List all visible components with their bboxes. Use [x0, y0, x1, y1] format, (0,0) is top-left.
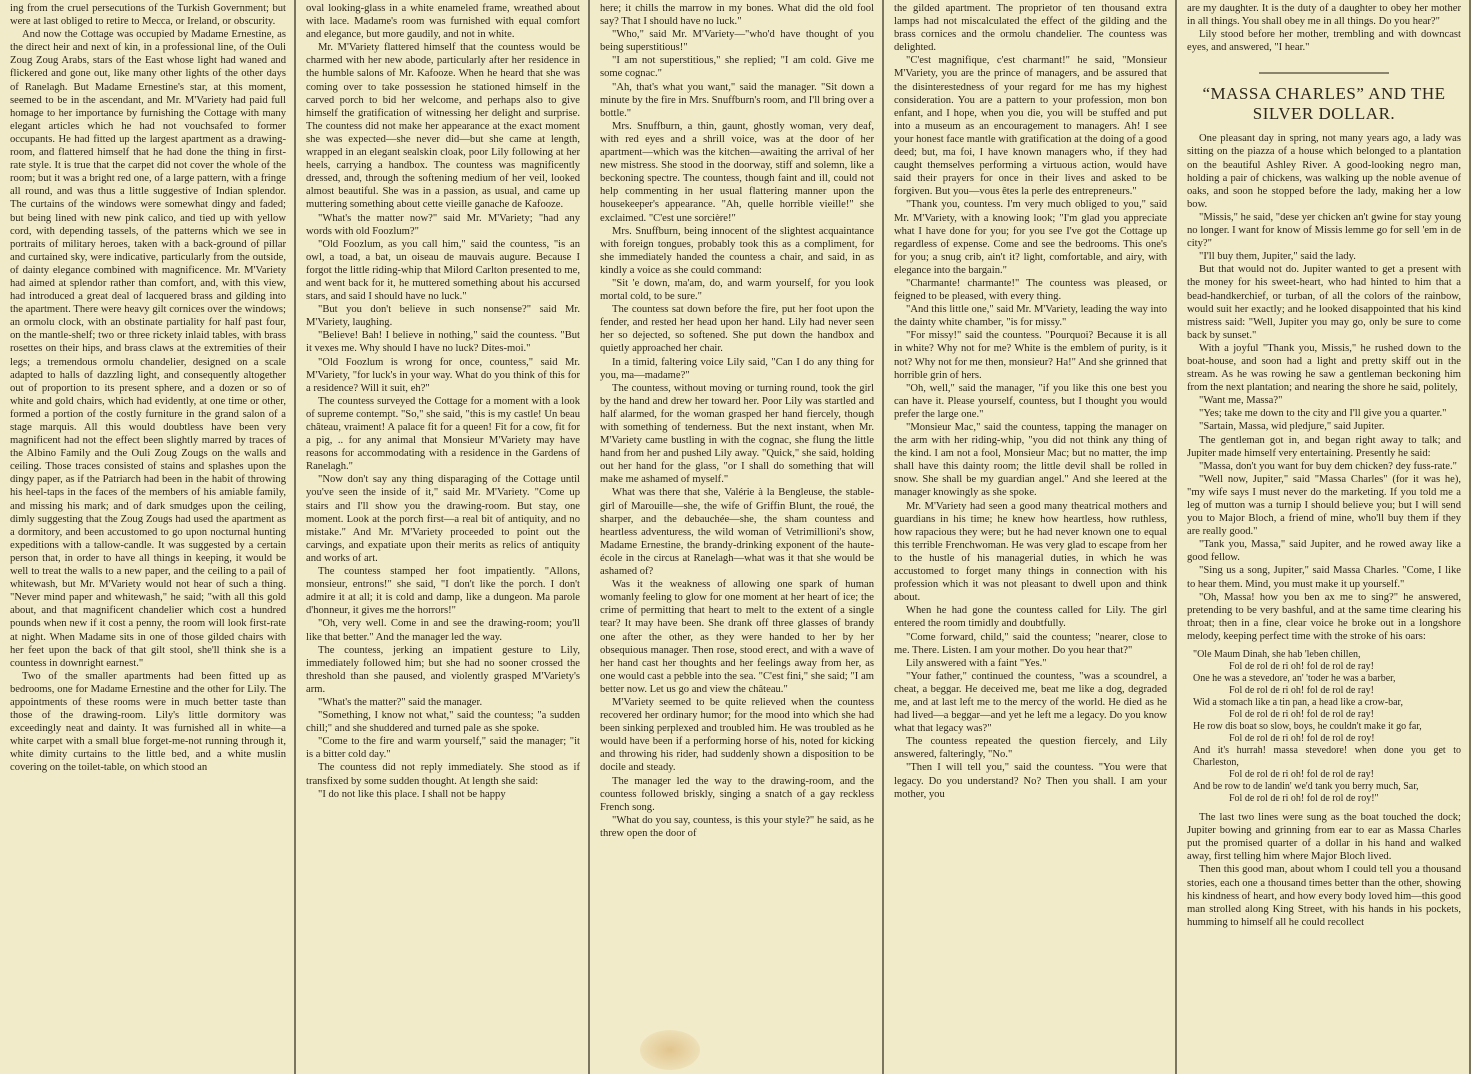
paragraph: "Missis," he said, "dese yer chicken an'…	[1187, 211, 1461, 250]
paragraph: The countess, jerking an impatient gestu…	[306, 644, 580, 696]
paragraph: The manager led the way to the drawing-r…	[600, 775, 874, 814]
paragraph: The last two lines were sung as the boat…	[1187, 811, 1461, 863]
paragraph: "What do you say, countess, is this your…	[600, 814, 874, 840]
paragraph: "Now don't say any thing disparaging of …	[306, 473, 580, 565]
paragraph: "But you don't believe in such nonsense?…	[306, 303, 580, 329]
paragraph: "Well now, Jupiter," said "Massa Charles…	[1187, 473, 1461, 538]
paragraph: "Your father," continued the countess, "…	[894, 670, 1167, 735]
story-headline: “MASSA CHARLES” AND THE SILVER DOLLAR.	[1187, 84, 1461, 124]
verse-line: Fol de rol de ri oh! fol de rol de ray!	[1193, 709, 1461, 721]
paragraph: In a timid, faltering voice Lily said, "…	[600, 356, 874, 382]
paragraph: "What's the matter?" said the manager.	[306, 696, 580, 709]
paragraph: The gentleman got in, and began right aw…	[1187, 434, 1461, 460]
paragraph: Mrs. Snuffburn, being innocent of the sl…	[600, 225, 874, 277]
column-3: here; it chills the marrow in my bones. …	[590, 0, 884, 1074]
paragraph: With a joyful "Thank you, Missis," he ru…	[1187, 342, 1461, 394]
paragraph: "For missy!" said the countess. "Pourquo…	[894, 329, 1167, 381]
paragraph: "I am not superstitious," she replied; "…	[600, 54, 874, 80]
verse-line: Fol de rol de ri oh! fol de rol de roy!"	[1193, 793, 1461, 805]
verse-line: "Ole Maum Dinah, she hab 'leben chillen,	[1193, 649, 1461, 661]
paragraph: "Thank you, countess. I'm very much obli…	[894, 198, 1167, 277]
paragraph: And now the Cottage was occupied by Mada…	[10, 28, 286, 670]
paragraph: "Charmante! charmante!" The countess was…	[894, 277, 1167, 303]
verse-line: Wid a stomach like a tin pan, a head lik…	[1193, 697, 1461, 709]
paragraph: One pleasant day in spring, not many yea…	[1187, 132, 1461, 211]
paragraph: "Sing us a song, Jupiter," said Massa Ch…	[1187, 564, 1461, 590]
paragraph: The countess, without moving or turning …	[600, 382, 874, 487]
verse-line: One he was a stevedore, an' 'toder he wa…	[1193, 673, 1461, 685]
paragraph: "I'll buy them, Jupiter," said the lady.	[1187, 250, 1461, 263]
paragraph: The countess stamped her foot impatientl…	[306, 565, 580, 617]
paragraph: "Ah, that's what you want," said the man…	[600, 81, 874, 120]
paragraph: the gilded apartment. The proprietor of …	[894, 2, 1167, 54]
verse-line: Fol de rol de ri oh! fol de rol de roy!	[1193, 733, 1461, 745]
newspaper-page: ing from the cruel persecutions of the T…	[0, 0, 1471, 1074]
paragraph: "I do not like this place. I shall not b…	[306, 788, 580, 801]
paragraph: M'Variety seemed to be quite relieved wh…	[600, 696, 874, 775]
paragraph: "Old Foozlum, as you call him," said the…	[306, 238, 580, 303]
paragraph: "Massa, don't you want for buy dem chick…	[1187, 460, 1461, 473]
paragraph: The countess sat down before the fire, p…	[600, 303, 874, 355]
paragraph: Was it the weakness of allowing one spar…	[600, 578, 874, 696]
paragraph: Lily stood before her mother, trembling …	[1187, 28, 1461, 54]
paragraph: The countess did not reply immediately. …	[306, 761, 580, 787]
paragraph: "Sit 'e down, ma'am, do, and warm yourse…	[600, 277, 874, 303]
verse-line: Fol de rol de ri oh! fol de rol de ray!	[1193, 685, 1461, 697]
paragraph: are my daughter. It is the duty of a dau…	[1187, 2, 1461, 28]
story-body: One pleasant day in spring, not many yea…	[1187, 132, 1461, 643]
paragraph: Then this good man, about whom I could t…	[1187, 863, 1461, 928]
paragraph: Mr. M'Variety had seen a good many theat…	[894, 500, 1167, 605]
column-4: the gilded apartment. The proprietor of …	[884, 0, 1177, 1074]
paragraph: Mrs. Snuffburn, a thin, gaunt, ghostly w…	[600, 120, 874, 225]
paragraph: "Old Foozlum is wrong for once, countess…	[306, 356, 580, 395]
paragraph: "Come to the fire and warm yourself," sa…	[306, 735, 580, 761]
paragraph: "And this little one," said Mr. M'Variet…	[894, 303, 1167, 329]
paragraph: What was there that she, Valérie à la Be…	[600, 486, 874, 578]
paragraph: "Sartain, Massa, wid pledjure," said Jup…	[1187, 420, 1461, 433]
song-verse: "Ole Maum Dinah, she hab 'leben chillen,…	[1193, 649, 1461, 805]
paragraph: "Oh, very well. Come in and see the draw…	[306, 617, 580, 643]
paragraph: "Monsieur Mac," said the countess, tappi…	[894, 421, 1167, 500]
story-conclusion: The last two lines were sung as the boat…	[1187, 811, 1461, 929]
column-2: oval looking-glass in a white enameled f…	[296, 0, 590, 1074]
column-1: ing from the cruel persecutions of the T…	[0, 0, 296, 1074]
paragraph: "Then I will tell you," said the countes…	[894, 761, 1167, 800]
paper-stain	[640, 1030, 700, 1070]
verse-line: Fol de rol de ri oh! fol de rol de ray!	[1193, 769, 1461, 781]
section-divider	[1259, 72, 1389, 74]
paragraph: The countess surveyed the Cottage for a …	[306, 395, 580, 474]
paragraph: Lily answered with a faint "Yes."	[894, 657, 1167, 670]
verse-line: And be row to de landin' we'd tank you b…	[1193, 781, 1461, 793]
paragraph: "What's the matter now?" said Mr. M'Vari…	[306, 212, 580, 238]
verse-line: He row dis boat so slow, boys, he couldn…	[1193, 721, 1461, 733]
paragraph: "Tank you, Massa," said Jupiter, and he …	[1187, 538, 1461, 564]
paragraph: oval looking-glass in a white enameled f…	[306, 2, 580, 41]
paragraph: "C'est magnifique, c'est charmant!" he s…	[894, 54, 1167, 198]
verse-line: Fol de rol de ri oh! fol de rol de ray!	[1193, 661, 1461, 673]
paragraph: ing from the cruel persecutions of the T…	[10, 2, 286, 28]
paragraph: "Yes; take me down to the city and I'll …	[1187, 407, 1461, 420]
verse-line: And it's hurrah! massa stevedore! when d…	[1193, 745, 1461, 769]
paragraph: Two of the smaller apartments had been f…	[10, 670, 286, 775]
paragraph: The countess repeated the question fierc…	[894, 735, 1167, 761]
paragraph: "Believe! Bah! I believe in nothing," sa…	[306, 329, 580, 355]
paragraph: "Oh, Massa! how you ben ax me to sing?" …	[1187, 591, 1461, 643]
paragraph: When he had gone the countess called for…	[894, 604, 1167, 630]
column-5: are my daughter. It is the duty of a dau…	[1177, 0, 1471, 1074]
paragraph: "Want me, Massa?"	[1187, 394, 1461, 407]
paragraph: Mr. M'Variety flattered himself that the…	[306, 41, 580, 211]
paragraph: "Something, I know not what," said the c…	[306, 709, 580, 735]
continued-paragraphs: are my daughter. It is the duty of a dau…	[1187, 2, 1461, 54]
paragraph: "Oh, well," said the manager, "if you li…	[894, 382, 1167, 421]
paragraph: "Come forward, child," said the countess…	[894, 631, 1167, 657]
paragraph: But that would not do. Jupiter wanted to…	[1187, 263, 1461, 342]
paragraph: "Who," said Mr. M'Variety—"who'd have th…	[600, 28, 874, 54]
paragraph: here; it chills the marrow in my bones. …	[600, 2, 874, 28]
